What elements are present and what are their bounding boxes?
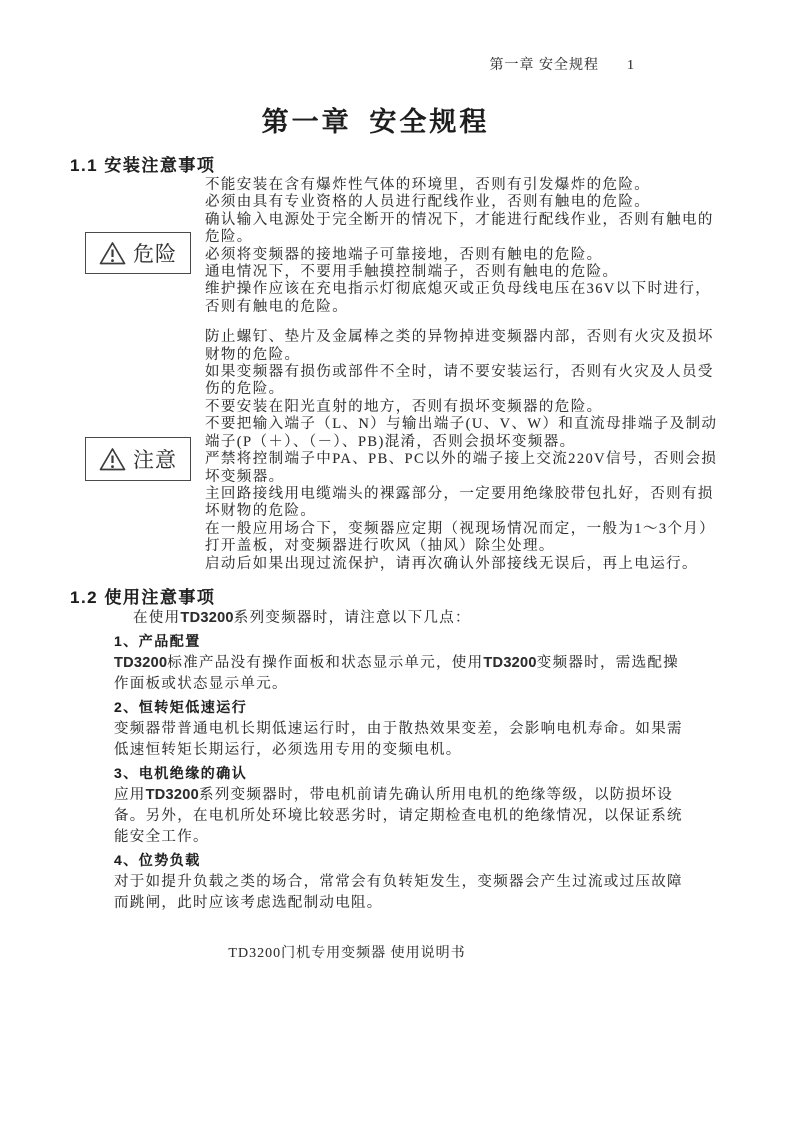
usage-subsection: 1、产品配置 TD3200标准产品没有操作面板和状态显示单元，使用TD3200变… — [114, 633, 694, 695]
caution-sign-box: 注意 — [85, 437, 191, 481]
running-header-chapter: 第一章 安全规程 — [490, 54, 600, 74]
section-1-1-heading: 1.1 安装注意事项 — [70, 151, 215, 176]
subsection-heading: 4、位势负载 — [114, 852, 694, 869]
caution-item: 不要把输入端子（L、N）与输出端子(U、V、W）和直流母排端子及制动端子(P（＋… — [205, 416, 719, 451]
caution-item: 启动后如果出现过流保护，请再次确认外部接线无误后，再上电运行。 — [205, 556, 719, 573]
danger-sign-box: 危险 — [85, 232, 191, 274]
caution-item: 防止螺钉、垫片及金属棒之类的异物掉进变频器内部，否则有火灾及损坏财物的危险。 — [205, 329, 719, 364]
usage-subsection: 2、恒转矩低速运行 变频器带普通电机长期低速运行时，由于散热效果变差，会影响电机… — [114, 699, 694, 761]
caution-label: 注意 — [133, 444, 177, 474]
subsection-body: TD3200标准产品没有操作面板和状态显示单元，使用TD3200变频器时，需选配… — [114, 653, 694, 695]
danger-item: 必须由具有专业资格的人员进行配线作业，否则有触电的危险。 — [205, 194, 719, 211]
danger-item: 必须将变频器的接地端子可靠接地，否则有触电的危险。 — [205, 247, 719, 264]
document-page: 第一章 安全规程 1 第一章 安全规程 1.1 安装注意事项 危险 注意 不能安… — [0, 0, 793, 1122]
danger-item: 维护操作应该在充电指示灯彻底熄灭或正负母线电压在36V以下时进行，否则有触电的危… — [205, 281, 719, 316]
danger-label: 危险 — [133, 238, 177, 268]
danger-items-group: 不能安装在含有爆炸性气体的环境里，否则有引发爆炸的危险。 必须由具有专业资格的人… — [205, 177, 719, 316]
caution-item: 主回路接线用电缆端头的裸露部分，一定要用绝缘胶带包扎好，否则有损坏财物的危险。 — [205, 486, 719, 521]
page-footer: TD3200门机专用变频器 使用说明书 — [0, 942, 694, 962]
usage-notes: 在使用TD3200系列变频器时，请注意以下几点： 1、产品配置 TD3200标准… — [114, 608, 694, 914]
subsection-body: 对于如提升负载之类的场合，常常会有负转矩发生，变频器会产生过流或过压故障而跳闸，… — [114, 872, 694, 914]
running-header: 第一章 安全规程 1 — [490, 54, 636, 74]
caution-items-group: 防止螺钉、垫片及金属棒之类的异物掉进变频器内部，否则有火灾及损坏财物的危险。 如… — [205, 329, 719, 573]
subsection-heading: 3、电机绝缘的确认 — [114, 765, 694, 782]
caution-item: 严禁将控制端子中PA、PB、PC以外的端子接上交流220V信号，否则会损坏变频器… — [205, 451, 719, 486]
page-number: 1 — [627, 58, 635, 74]
warning-triangle-icon — [99, 447, 126, 472]
usage-intro: 在使用TD3200系列变频器时，请注意以下几点： — [133, 608, 694, 629]
caution-item: 不要安装在阳光直射的地方，否则有损坏变频器的危险。 — [205, 399, 719, 416]
subsection-heading: 1、产品配置 — [114, 633, 694, 650]
subsection-body: 变频器带普通电机长期低速运行时，由于散热效果变差，会影响电机寿命。如果需低速恒转… — [114, 719, 694, 761]
danger-item: 确认输入电源处于完全断开的情况下，才能进行配线作业，否则有触电的危险。 — [205, 212, 719, 247]
warning-triangle-icon — [99, 241, 126, 266]
installation-notes: 不能安装在含有爆炸性气体的环境里，否则有引发爆炸的危险。 必须由具有专业资格的人… — [205, 177, 719, 573]
subsection-body: 应用TD3200系列变频器时，带电机前请先确认所用电机的绝缘等级，以防损坏设备。… — [114, 785, 694, 848]
usage-subsection: 4、位势负载 对于如提升负载之类的场合，常常会有负转矩发生，变频器会产生过流或过… — [114, 852, 694, 914]
section-1-2-heading: 1.2 使用注意事项 — [70, 583, 215, 608]
danger-item: 不能安装在含有爆炸性气体的环境里，否则有引发爆炸的危险。 — [205, 177, 719, 194]
caution-item: 在一般应用场合下，变频器应定期（视现场情况而定，一般为1～3个月）打开盖板，对变… — [205, 521, 719, 556]
usage-subsection: 3、电机绝缘的确认 应用TD3200系列变频器时，带电机前请先确认所用电机的绝缘… — [114, 765, 694, 848]
subsection-heading: 2、恒转矩低速运行 — [114, 699, 694, 716]
caution-item: 如果变频器有损伤或部件不全时，请不要安装运行，否则有火灾及人员受伤的危险。 — [205, 364, 719, 399]
danger-item: 通电情况下，不要用手触摸控制端子，否则有触电的危险。 — [205, 264, 719, 281]
chapter-title: 第一章 安全规程 — [0, 100, 751, 139]
